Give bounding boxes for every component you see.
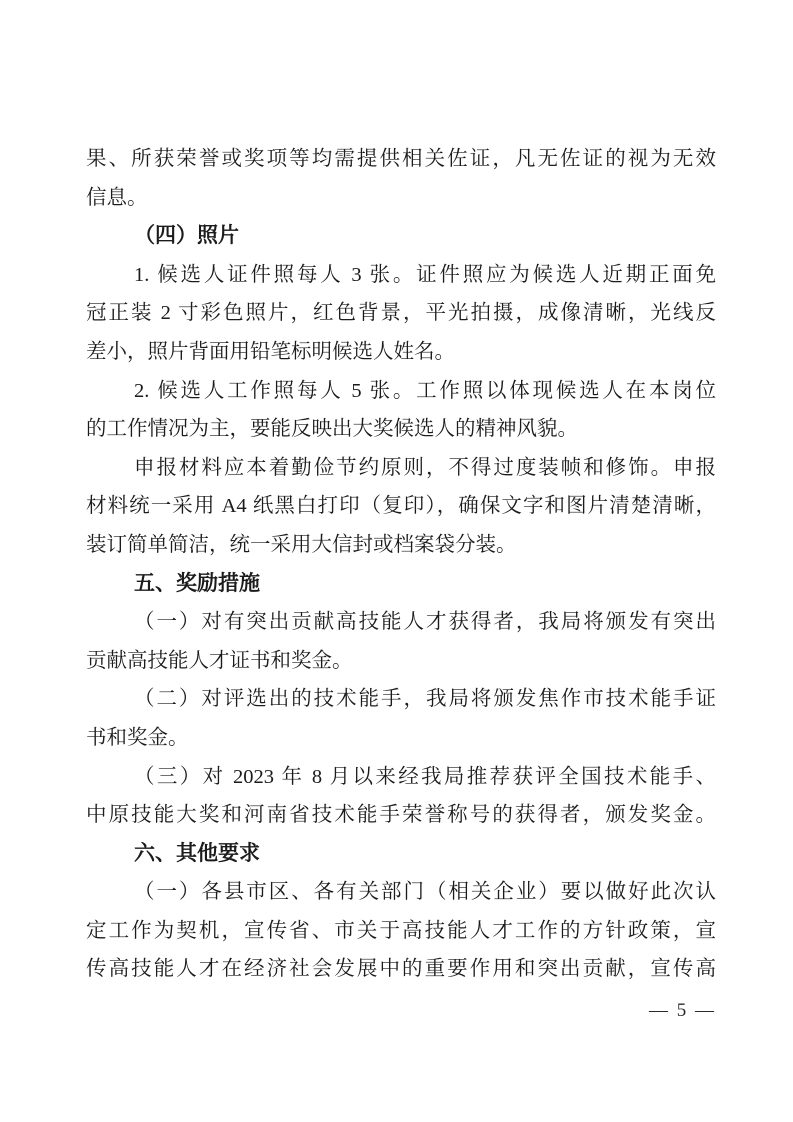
text-line: 贡献高技能人才证书和奖金。	[86, 642, 716, 681]
text-line: 装订简单简洁，统一采用大信封或档案袋分装。	[86, 526, 716, 565]
text-line: 1. 候选人证件照每人 3 张。证件照应为候选人近期正面免	[86, 256, 716, 295]
text-line: （一）各县市区、各有关部门（相关企业）要以做好此次认	[86, 873, 716, 912]
text-line: 冠正装 2 寸彩色照片，红色背景，平光拍摄，成像清晰，光线反	[86, 294, 716, 333]
section-heading: （四）照片	[86, 217, 716, 256]
text-line: 果、所获荣誉或奖项等均需提供相关佐证，凡无佐证的视为无效	[86, 140, 716, 179]
page-number: — 5 —	[649, 1000, 716, 1021]
text-line: 的工作情况为主，要能反映出大奖候选人的精神风貌。	[86, 410, 716, 449]
text-line: 信息。	[86, 179, 716, 218]
text-line: （一）对有突出贡献高技能人才获得者，我局将颁发有突出	[86, 603, 716, 642]
page-footer: — 5 —	[649, 996, 716, 1026]
text-line: 差小，照片背面用铅笔标明候选人姓名。	[86, 333, 716, 372]
text-line: 申报材料应本着勤俭节约原则，不得过度装帧和修饰。申报	[86, 449, 716, 488]
document-body: 果、所获荣誉或奖项等均需提供相关佐证，凡无佐证的视为无效信息。（四）照片1. 候…	[86, 140, 716, 989]
section-heading: 五、奖励措施	[86, 565, 716, 604]
document-page: 果、所获荣誉或奖项等均需提供相关佐证，凡无佐证的视为无效信息。（四）照片1. 候…	[0, 0, 793, 1122]
text-line: （二）对评选出的技术能手，我局将颁发焦作市技术能手证	[86, 680, 716, 719]
text-line: 2. 候选人工作照每人 5 张。工作照以体现候选人在本岗位	[86, 372, 716, 411]
text-line: （三）对 2023 年 8 月以来经我局推荐获评全国技术能手、	[86, 758, 716, 797]
text-line: 中原技能大奖和河南省技术能手荣誉称号的获得者，颁发奖金。	[86, 796, 716, 835]
text-line: 材料统一采用 A4 纸黑白打印（复印），确保文字和图片清楚清晰，	[86, 487, 716, 526]
section-heading: 六、其他要求	[86, 835, 716, 874]
text-line: 传高技能人才在经济社会发展中的重要作用和突出贡献，宣传高	[86, 950, 716, 989]
text-line: 书和奖金。	[86, 719, 716, 758]
text-line: 定工作为契机，宣传省、市关于高技能人才工作的方针政策，宣	[86, 912, 716, 951]
